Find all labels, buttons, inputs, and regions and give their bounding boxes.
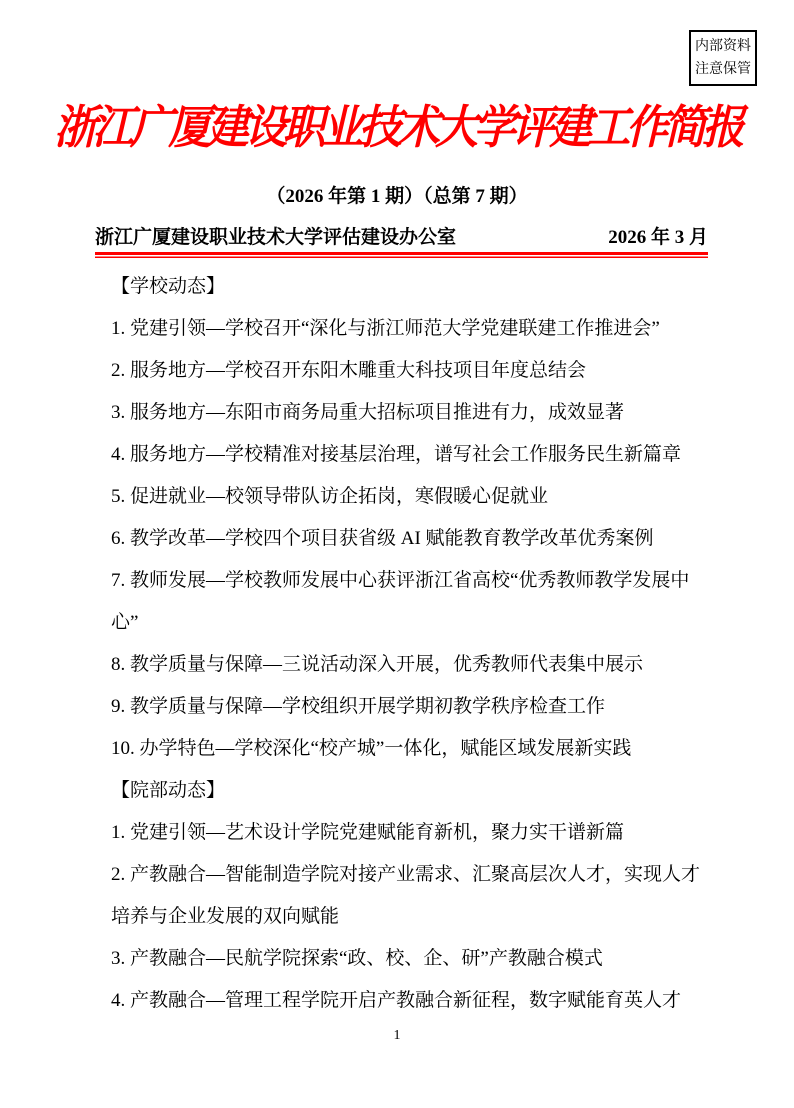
- section-heading: 【院部动态】: [111, 770, 709, 812]
- bulletin-item: 3. 服务地方—东阳市商务局重大招标项目推进有力，成效显著: [111, 392, 709, 434]
- issue-number-line: （2026 年第 1 期）（总第 7 期）: [0, 181, 794, 213]
- classification-line-1: 内部资料: [693, 35, 753, 58]
- bulletin-item: 1. 党建引领—学校召开“深化与浙江师范大学党建联建工作推进会”: [111, 308, 709, 350]
- masthead-office: 浙江广厦建设职业技术大学评估建设办公室: [95, 224, 456, 252]
- section-heading: 【学校动态】: [111, 266, 709, 308]
- page-number: 1: [0, 1026, 794, 1046]
- classification-line-2: 注意保管: [693, 58, 753, 81]
- bulletin-item: 1. 党建引领—艺术设计学院党建赋能育新机，聚力实干谱新篇: [111, 812, 709, 854]
- classification-box: 内部资料 注意保管: [689, 30, 757, 86]
- bulletin-item: 6. 教学改革—学校四个项目获省级 AI 赋能教育教学改革优秀案例: [111, 518, 709, 560]
- bulletin-item: 10. 办学特色—学校深化“校产城”一体化，赋能区域发展新实践: [111, 728, 709, 770]
- bulletin-item: 3. 产教融合—民航学院探索“政、校、企、研”产教融合模式: [111, 938, 709, 980]
- bulletin-item: 7. 教师发展—学校教师发展中心获评浙江省高校“优秀教师教学发展中心”: [111, 560, 709, 644]
- bulletin-item: 2. 产教融合—智能制造学院对接产业需求、汇聚高层次人才，实现人才培养与企业发展…: [111, 854, 709, 938]
- masthead-row: 浙江广厦建设职业技术大学评估建设办公室 2026 年 3 月: [95, 224, 708, 252]
- bulletin-title: 浙江广厦建设职业技术大学评建工作简报: [28, 80, 766, 176]
- bulletin-item: 4. 产教融合—管理工程学院开启产教融合新征程，数字赋能育英人才: [111, 980, 709, 1022]
- document-page: 内部资料 注意保管 浙江广厦建设职业技术大学评建工作简报 （2026 年第 1 …: [0, 0, 794, 1108]
- bulletin-item: 5. 促进就业—校领导带队访企拓岗，寒假暖心促就业: [111, 476, 709, 518]
- double-red-divider: [95, 252, 708, 258]
- bulletin-item: 8. 教学质量与保障—三说活动深入开展，优秀教师代表集中展示: [111, 644, 709, 686]
- bulletin-item: 9. 教学质量与保障—学校组织开展学期初教学秩序检查工作: [111, 686, 709, 728]
- masthead-date: 2026 年 3 月: [608, 224, 708, 252]
- bulletin-body: 【学校动态】1. 党建引领—学校召开“深化与浙江师范大学党建联建工作推进会”2.…: [111, 266, 709, 1022]
- bulletin-item: 4. 服务地方—学校精准对接基层治理，谱写社会工作服务民生新篇章: [111, 434, 709, 476]
- bulletin-item: 2. 服务地方—学校召开东阳木雕重大科技项目年度总结会: [111, 350, 709, 392]
